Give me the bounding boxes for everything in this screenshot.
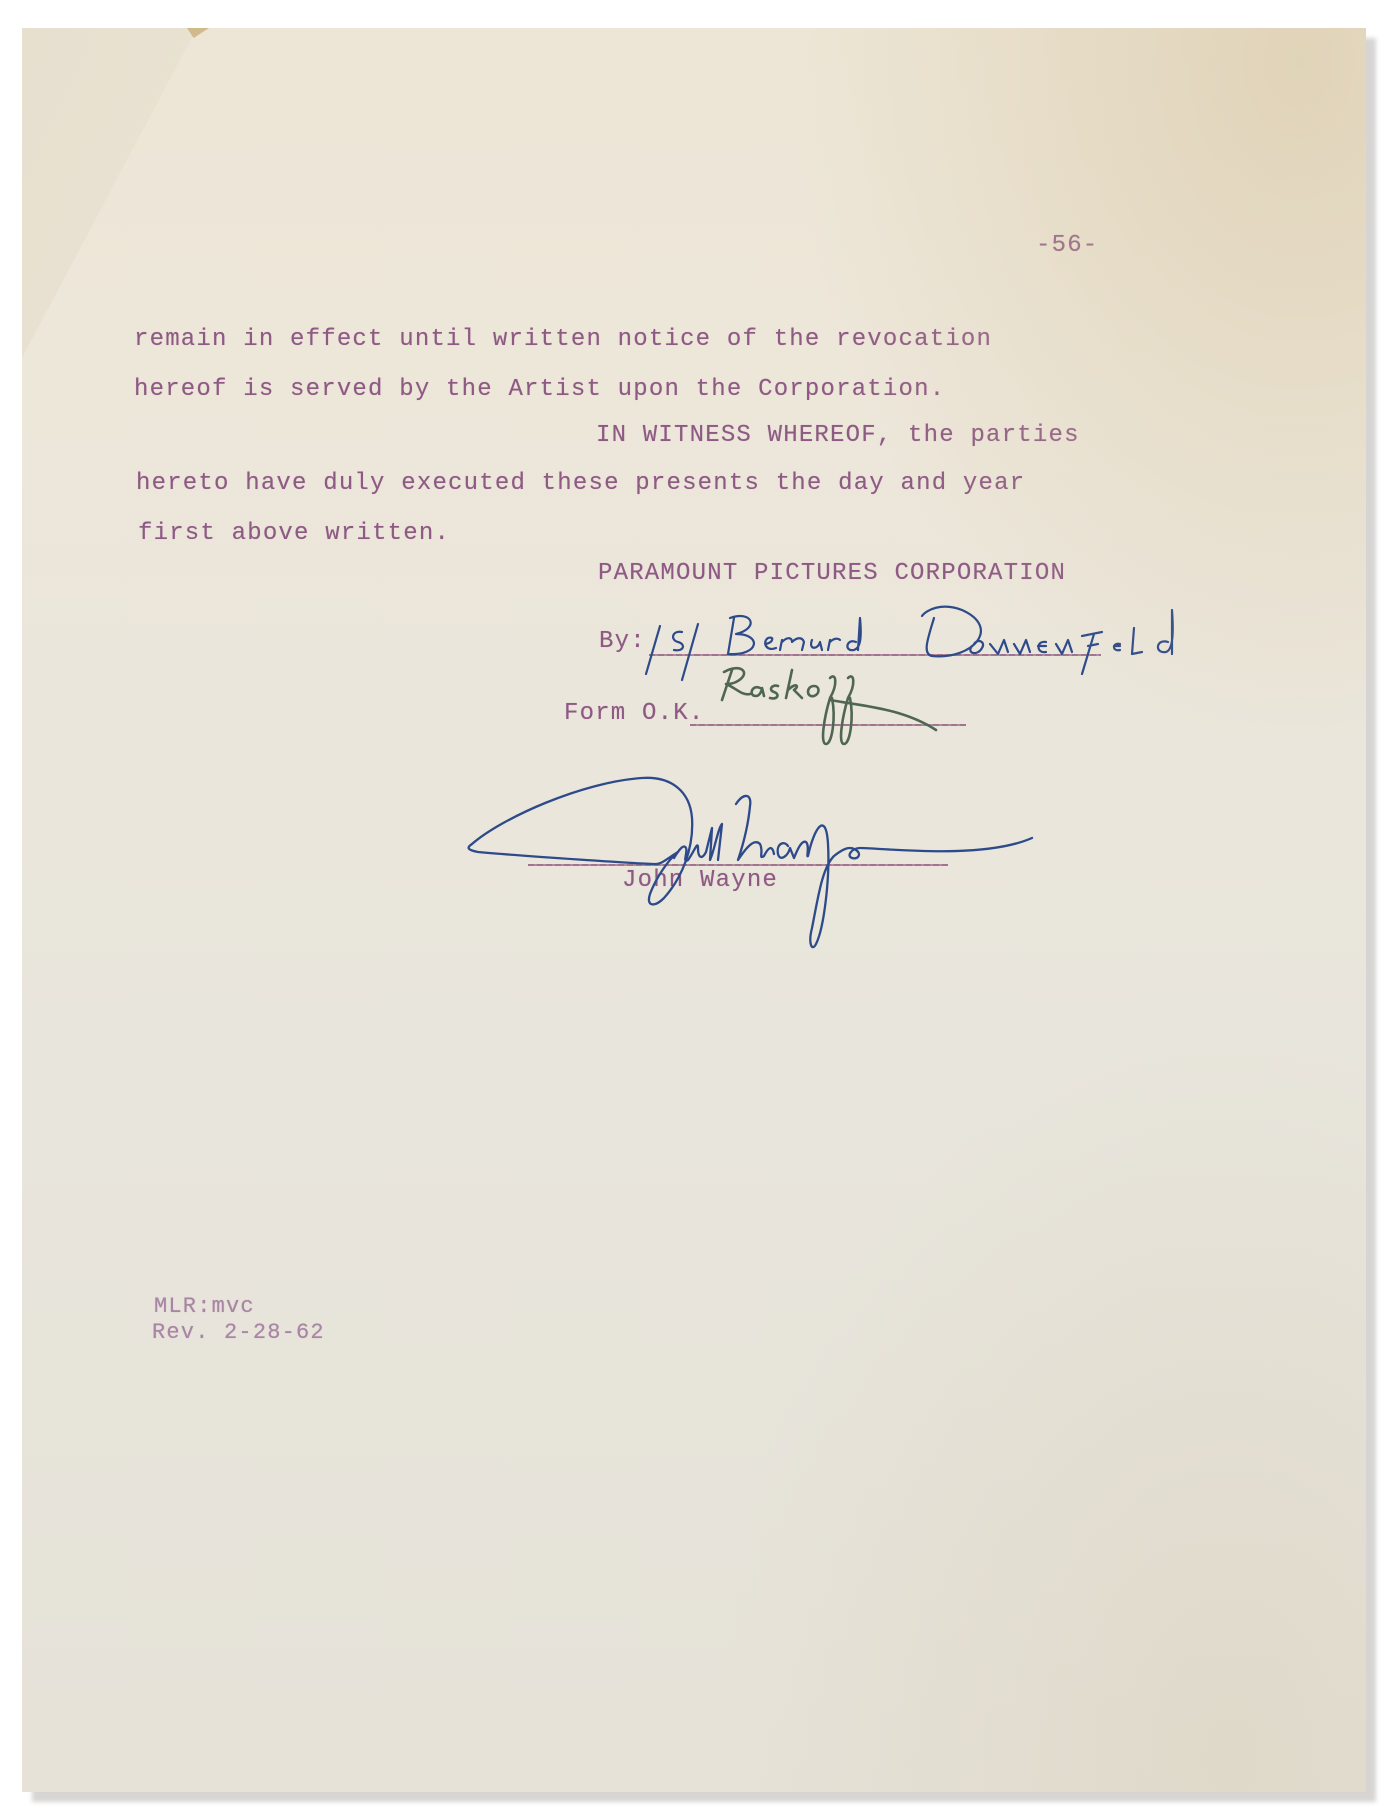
footer-initials: MLR:mvc bbox=[154, 1294, 255, 1319]
john-wayne-signature bbox=[442, 748, 1042, 958]
document-page: -56- remain in effect until written noti… bbox=[22, 28, 1366, 1792]
by-label: By: bbox=[599, 628, 646, 655]
body-line-5: first above written. bbox=[138, 520, 450, 547]
body-line-2: hereof is served by the Artist upon the … bbox=[134, 376, 945, 403]
raskoff-signature bbox=[702, 648, 962, 758]
company-name: PARAMOUNT PICTURES CORPORATION bbox=[598, 560, 1066, 587]
body-line-1: remain in effect until written notice of… bbox=[134, 326, 992, 353]
page-number: -56- bbox=[1036, 232, 1098, 259]
body-line-4: hereto have duly executed these presents… bbox=[136, 470, 1025, 497]
form-ok-label: Form O.K. bbox=[564, 700, 704, 727]
footer-revision: Rev. 2-28-62 bbox=[152, 1320, 325, 1345]
body-line-3: IN WITNESS WHEREOF, the parties bbox=[596, 422, 1080, 449]
